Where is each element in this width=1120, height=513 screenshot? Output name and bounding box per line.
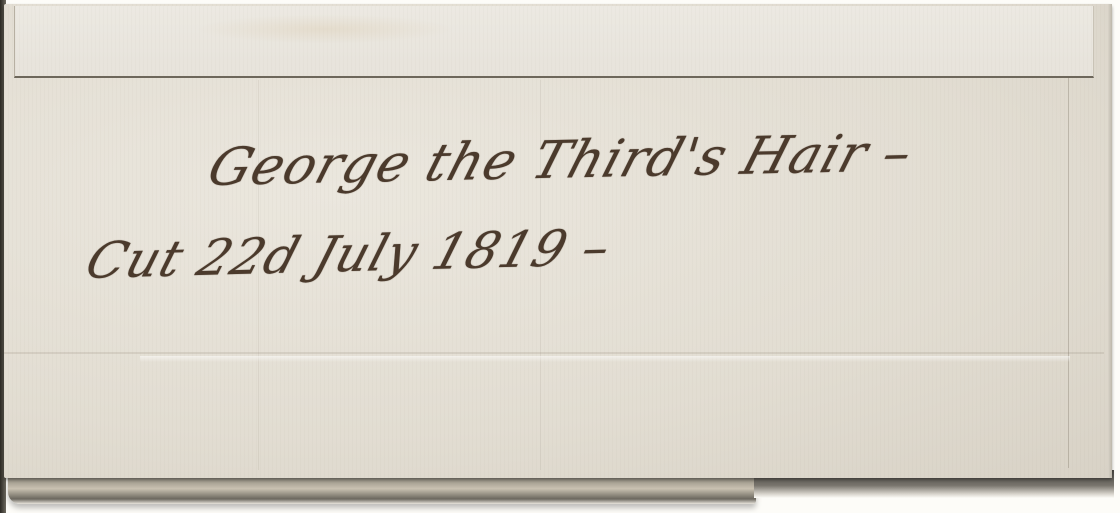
fold-line-right bbox=[1068, 78, 1069, 468]
age-stain bbox=[195, 14, 455, 44]
photo-scene: George the Third's Hair – Cut 22d July 1… bbox=[0, 0, 1120, 513]
packet-right-edge bbox=[1108, 4, 1112, 478]
horizontal-crease bbox=[140, 356, 1070, 362]
crease-shadow bbox=[4, 352, 1104, 354]
top-folded-flap bbox=[14, 6, 1094, 78]
